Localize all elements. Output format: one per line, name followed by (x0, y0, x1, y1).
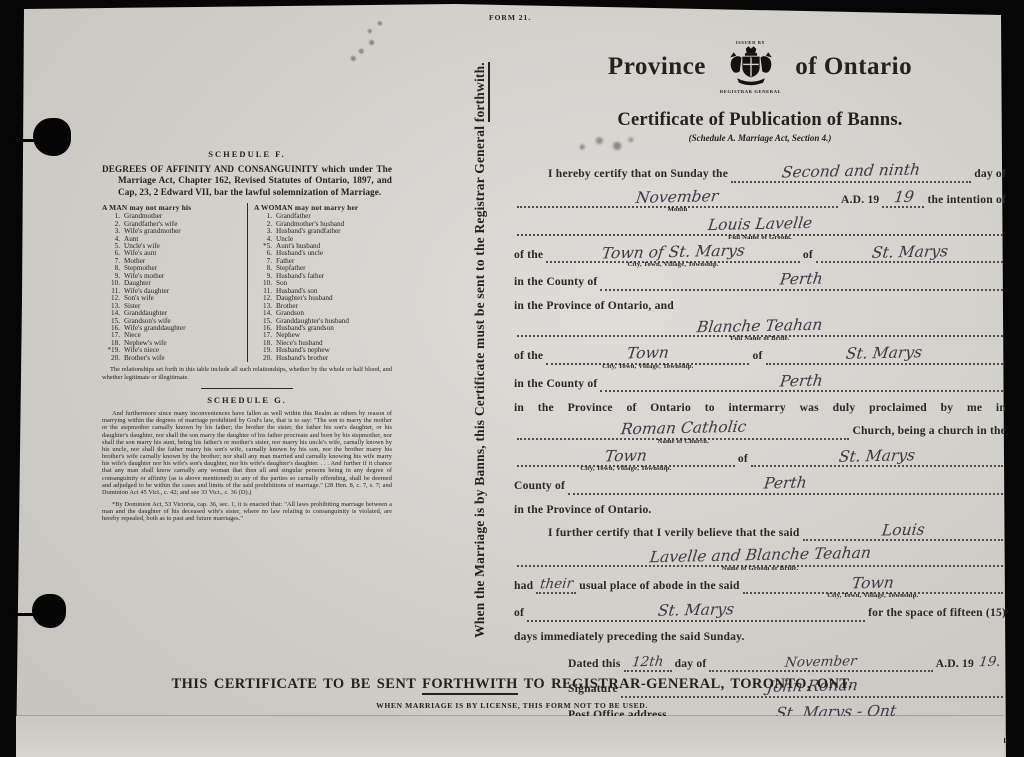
list-item-text: Brother's wife (124, 355, 165, 362)
form-line: in the Province of Ontario. (514, 503, 1006, 516)
printed-text: I further certify that I verily believe … (514, 526, 800, 539)
form-line: of the Town City, Town, Village, Townshi… (514, 347, 1006, 365)
printed-text: of the (514, 349, 543, 362)
side-note-text: When the Marriage is by Banns, this Cert… (472, 126, 487, 638)
printed-text: of (514, 606, 524, 619)
list-item: 20. Husband's brother (254, 355, 392, 362)
church-county-field: Perth (568, 477, 1003, 495)
side-note-underlined: forthwith. (472, 62, 490, 122)
handwritten-dated-year: 19. (978, 655, 1001, 669)
groom-county-field: Perth (600, 273, 1003, 291)
form-line: Town City, Town, Village, Township. of S… (514, 450, 1006, 468)
banner-text: THIS CERTIFICATE TO BE SENT (172, 676, 416, 692)
certificate-column: Province ISSUED BY (514, 26, 1006, 749)
form-line: of St. Marys for the space of fifteen (1… (514, 604, 1006, 622)
printed-text: day of (974, 167, 1006, 180)
bride-county-field: Perth (600, 375, 1003, 393)
banner-text: TO REGISTRAR-GENERAL, TORONTO, ONT. (524, 676, 853, 692)
printed-text: day of (675, 657, 707, 670)
form-line: in the County of Perth (514, 375, 1006, 393)
man-list-column: A MAN may not marry his 1. Grandmother 2… (102, 203, 247, 362)
list-item-number: 20. (254, 355, 272, 362)
woman-list-column: A WOMAN may not marry her 1. Grandfather… (247, 203, 392, 362)
month-field: November Month (517, 191, 838, 209)
divider-rule (201, 388, 293, 389)
list-item: 17. Nephew (254, 332, 392, 339)
couple-names-field: Lavelle and Blanche Teahan Name of Groom… (517, 549, 1003, 567)
printed-text: of (803, 248, 813, 261)
said-name-field: Louis (803, 524, 1003, 542)
field-caption: City, Town, Village, Township. (602, 363, 693, 370)
province-header: Province ISSUED BY (514, 40, 1006, 94)
schedule-g-footnote: *By Dominion Act, 53 Victoria, cap. 36, … (102, 501, 392, 522)
certificate-subtitle: (Schedule A. Marriage Act, Section 4.) (514, 133, 1006, 143)
handwritten-dated-month: November (784, 655, 857, 670)
church-name-field: Roman Catholic Name of Church. (517, 422, 849, 440)
handwritten-church-place: Town (604, 448, 648, 464)
man-list: 1. Grandmother 2. Grandfather's wife 3. … (102, 213, 243, 362)
handwritten-couple-names: Lavelle and Blanche Teahan (648, 546, 871, 566)
dated-day-field: 12th (624, 657, 672, 673)
punch-hole (32, 594, 66, 628)
form-line: Blanche Teahan Full Name of Bride. (514, 320, 1006, 338)
dated-year-field: 19. (977, 657, 1003, 671)
list-item: 10. Son (254, 280, 392, 287)
groom-name-field: Louis Lavelle Full Name of Groom. (517, 218, 1003, 236)
punch-hole-tail (7, 139, 37, 142)
side-note-vertical: When the Marriage is by Banns, this Cert… (472, 32, 498, 668)
handwritten-groom-place: Town of St. Marys (601, 243, 746, 261)
province-word-right: of Ontario (795, 53, 912, 81)
days-field: Second and ninth (731, 165, 971, 183)
form-line: in the Province of Ontario, and (514, 299, 1006, 312)
printed-text: of the (514, 248, 543, 261)
handwritten-bride-place: Town (626, 346, 670, 362)
list-item: 16. Husband's grandson (254, 325, 392, 332)
printed-text: A.D. 19 (936, 657, 974, 670)
schedule-g-heading: SCHEDULE G. (102, 395, 392, 405)
schedules-column: SCHEDULE F. DEGREES OF AFFINITY AND CONS… (102, 149, 392, 522)
footer-banner: THIS CERTIFICATE TO BE SENT FORTHWITH TO… (40, 676, 984, 693)
form-line: Louis Lavelle Full Name of Groom. (514, 218, 1006, 236)
printed-text: A.D. 19 (841, 193, 879, 206)
crest-registrar-label: REGISTRAR GENERAL (720, 89, 781, 94)
printed-text: Church, being a church in the (852, 424, 1006, 437)
handwritten-church-county: Perth (763, 476, 808, 492)
handwritten-groom-place2: St. Marys (870, 244, 948, 261)
list-item: 7. Father (254, 258, 392, 265)
handwritten-church-name: Roman Catholic (620, 420, 747, 438)
handwritten-bride-place2: St. Marys (845, 345, 923, 362)
form-line: days immediately preceding the said Sund… (514, 630, 1006, 643)
handwritten-year: 19 (893, 189, 915, 205)
form-line: Roman Catholic Name of Church. Church, b… (514, 422, 1006, 440)
list-item: 13. Brother (254, 303, 392, 310)
handwritten-groom-name: Louis Lavelle (707, 216, 813, 234)
handwritten-church-place2: St. Marys (838, 448, 916, 465)
kinship-lists: A MAN may not marry his 1. Grandmother 2… (102, 203, 392, 362)
printed-text: I hereby certify that on Sunday the (514, 167, 728, 180)
printed-text: Dated this (568, 657, 621, 670)
handwritten-abode-place: Town (851, 575, 895, 591)
coat-of-arms-icon (725, 45, 777, 89)
abode-place-field: Town City, Town, Village, Township. (743, 577, 1003, 595)
printed-text: in the Province of Ontario, and (514, 299, 674, 312)
list-item: 12. Daughter's husband (254, 295, 392, 302)
church-place2-field: St. Marys (751, 450, 1003, 468)
man-list-header: A MAN may not marry his (102, 203, 243, 212)
printed-text: had (514, 579, 533, 592)
handwritten-their: their (539, 577, 574, 591)
church-place-field: Town City, Town, Village, Township. (517, 450, 735, 468)
list-item: 4. Uncle (254, 236, 392, 243)
printed-text: in the County of (514, 275, 597, 288)
groom-place-field: Town of St. Marys City, Town, Village, T… (546, 246, 800, 264)
list-item: 6. Husband's uncle (254, 250, 392, 257)
printed-text: in the County of (514, 377, 597, 390)
form-line: had their usual place of abode in the sa… (514, 577, 1006, 595)
ontario-coat-of-arms: ISSUED BY (720, 40, 781, 94)
field-caption: City, Town, Village, Township. (627, 261, 718, 268)
list-item: *5. Aunt's husband (254, 243, 392, 250)
their-field: their (536, 579, 576, 595)
handwritten-dated-day: 12th (631, 655, 664, 669)
printed-text: of (738, 452, 748, 465)
bride-place2-field: St. Marys (766, 347, 1003, 365)
dated-month-field: November (709, 657, 932, 673)
schedule-f-footnote: The relationships set forth in this tabl… (102, 366, 392, 381)
list-item: 9. Husband's father (254, 273, 392, 280)
handwritten-days: Second and ninth (781, 163, 921, 181)
banner-forthwith-underlined: FORTHWITH (422, 676, 518, 695)
printed-text: for the space of fifteen (15) (868, 606, 1006, 619)
list-item: 20. Brother's wife (102, 355, 243, 362)
schedule-f-heading: SCHEDULE F. (102, 149, 392, 159)
schedule-g-paragraph: And furthermore since many inconvenience… (102, 410, 392, 496)
schedule-f-intro: DEGREES OF AFFINITY AND CONSANGUINITY wh… (102, 164, 392, 198)
list-item-text: Husband's brother (276, 355, 328, 362)
field-caption: Full Name of Bride. (730, 335, 789, 342)
handwritten-said-name: Louis (881, 522, 926, 538)
handwritten-month: November (635, 189, 719, 206)
printed-text: days immediately preceding the said Sund… (514, 630, 745, 643)
field-caption: Month (667, 206, 687, 213)
list-item-number: 20. (102, 355, 120, 362)
printed-text: County of (514, 479, 565, 492)
field-caption: Name of Church. (658, 438, 709, 445)
form-number: FORM 21. (489, 13, 531, 22)
list-item: 3. Husband's grandfather (254, 228, 392, 235)
printed-text: in the Province of Ontario to intermarry… (514, 401, 1006, 414)
groom-place2-field: St. Marys (816, 246, 1003, 264)
punch-hole (33, 118, 71, 156)
form-line: County of Perth (514, 477, 1006, 495)
woman-list: 1. Grandfather 2. Grandmother's husband … (254, 213, 392, 362)
form-line: November Month A.D. 19 19 the intention … (514, 191, 1006, 209)
woman-list-header: A WOMAN may not marry her (254, 203, 392, 212)
field-caption: Full Name of Groom. (728, 234, 792, 241)
scanned-document: FORM 21. SCHEDULE F. DEGREES OF AFFINITY… (0, 0, 1024, 757)
form-line: I hereby certify that on Sunday the Seco… (514, 165, 1006, 183)
field-caption: City, Town, Village, Township. (827, 592, 918, 599)
abode-place2-field: St. Marys (527, 604, 865, 622)
year-field: 19 (882, 191, 924, 209)
field-caption: City, Town, Village, Township. (580, 465, 671, 472)
certificate-title: Certificate of Publication of Banns. (514, 110, 1006, 131)
certificate-body: I hereby certify that on Sunday the Seco… (514, 165, 1006, 749)
form-line: of the Town of St. Marys City, Town, Vil… (514, 246, 1006, 264)
form-line: in the County of Perth (514, 273, 1006, 291)
punch-hole-tail (6, 613, 36, 616)
sheet-bottom-edge (16, 716, 1004, 757)
printed-text: usual place of abode in the said (579, 579, 739, 592)
printed-text: of (752, 349, 762, 362)
form-line: Dated this 12th day of November A.D. 19 … (568, 657, 1006, 673)
handwritten-bride-county: Perth (779, 373, 824, 389)
field-caption: Name of Groom or Bride. (722, 565, 799, 572)
bride-place-field: Town City, Town, Village, Township. (546, 347, 749, 365)
bride-name-field: Blanche Teahan Full Name of Bride. (517, 320, 1003, 338)
footer-subnote: WHEN MARRIAGE IS BY LICENSE, THIS FORM N… (40, 701, 984, 710)
province-word-left: Province (608, 53, 706, 81)
handwritten-bride-name: Blanche Teahan (696, 317, 823, 335)
printed-text: the intention of (927, 193, 1006, 206)
form-line: Lavelle and Blanche Teahan Name of Groom… (514, 549, 1006, 567)
handwritten-groom-county: Perth (779, 272, 824, 288)
printed-text: in the Province of Ontario. (514, 503, 652, 516)
handwritten-abode-place2: St. Marys (657, 602, 735, 619)
form-line: I further certify that I verily believe … (514, 524, 1006, 542)
